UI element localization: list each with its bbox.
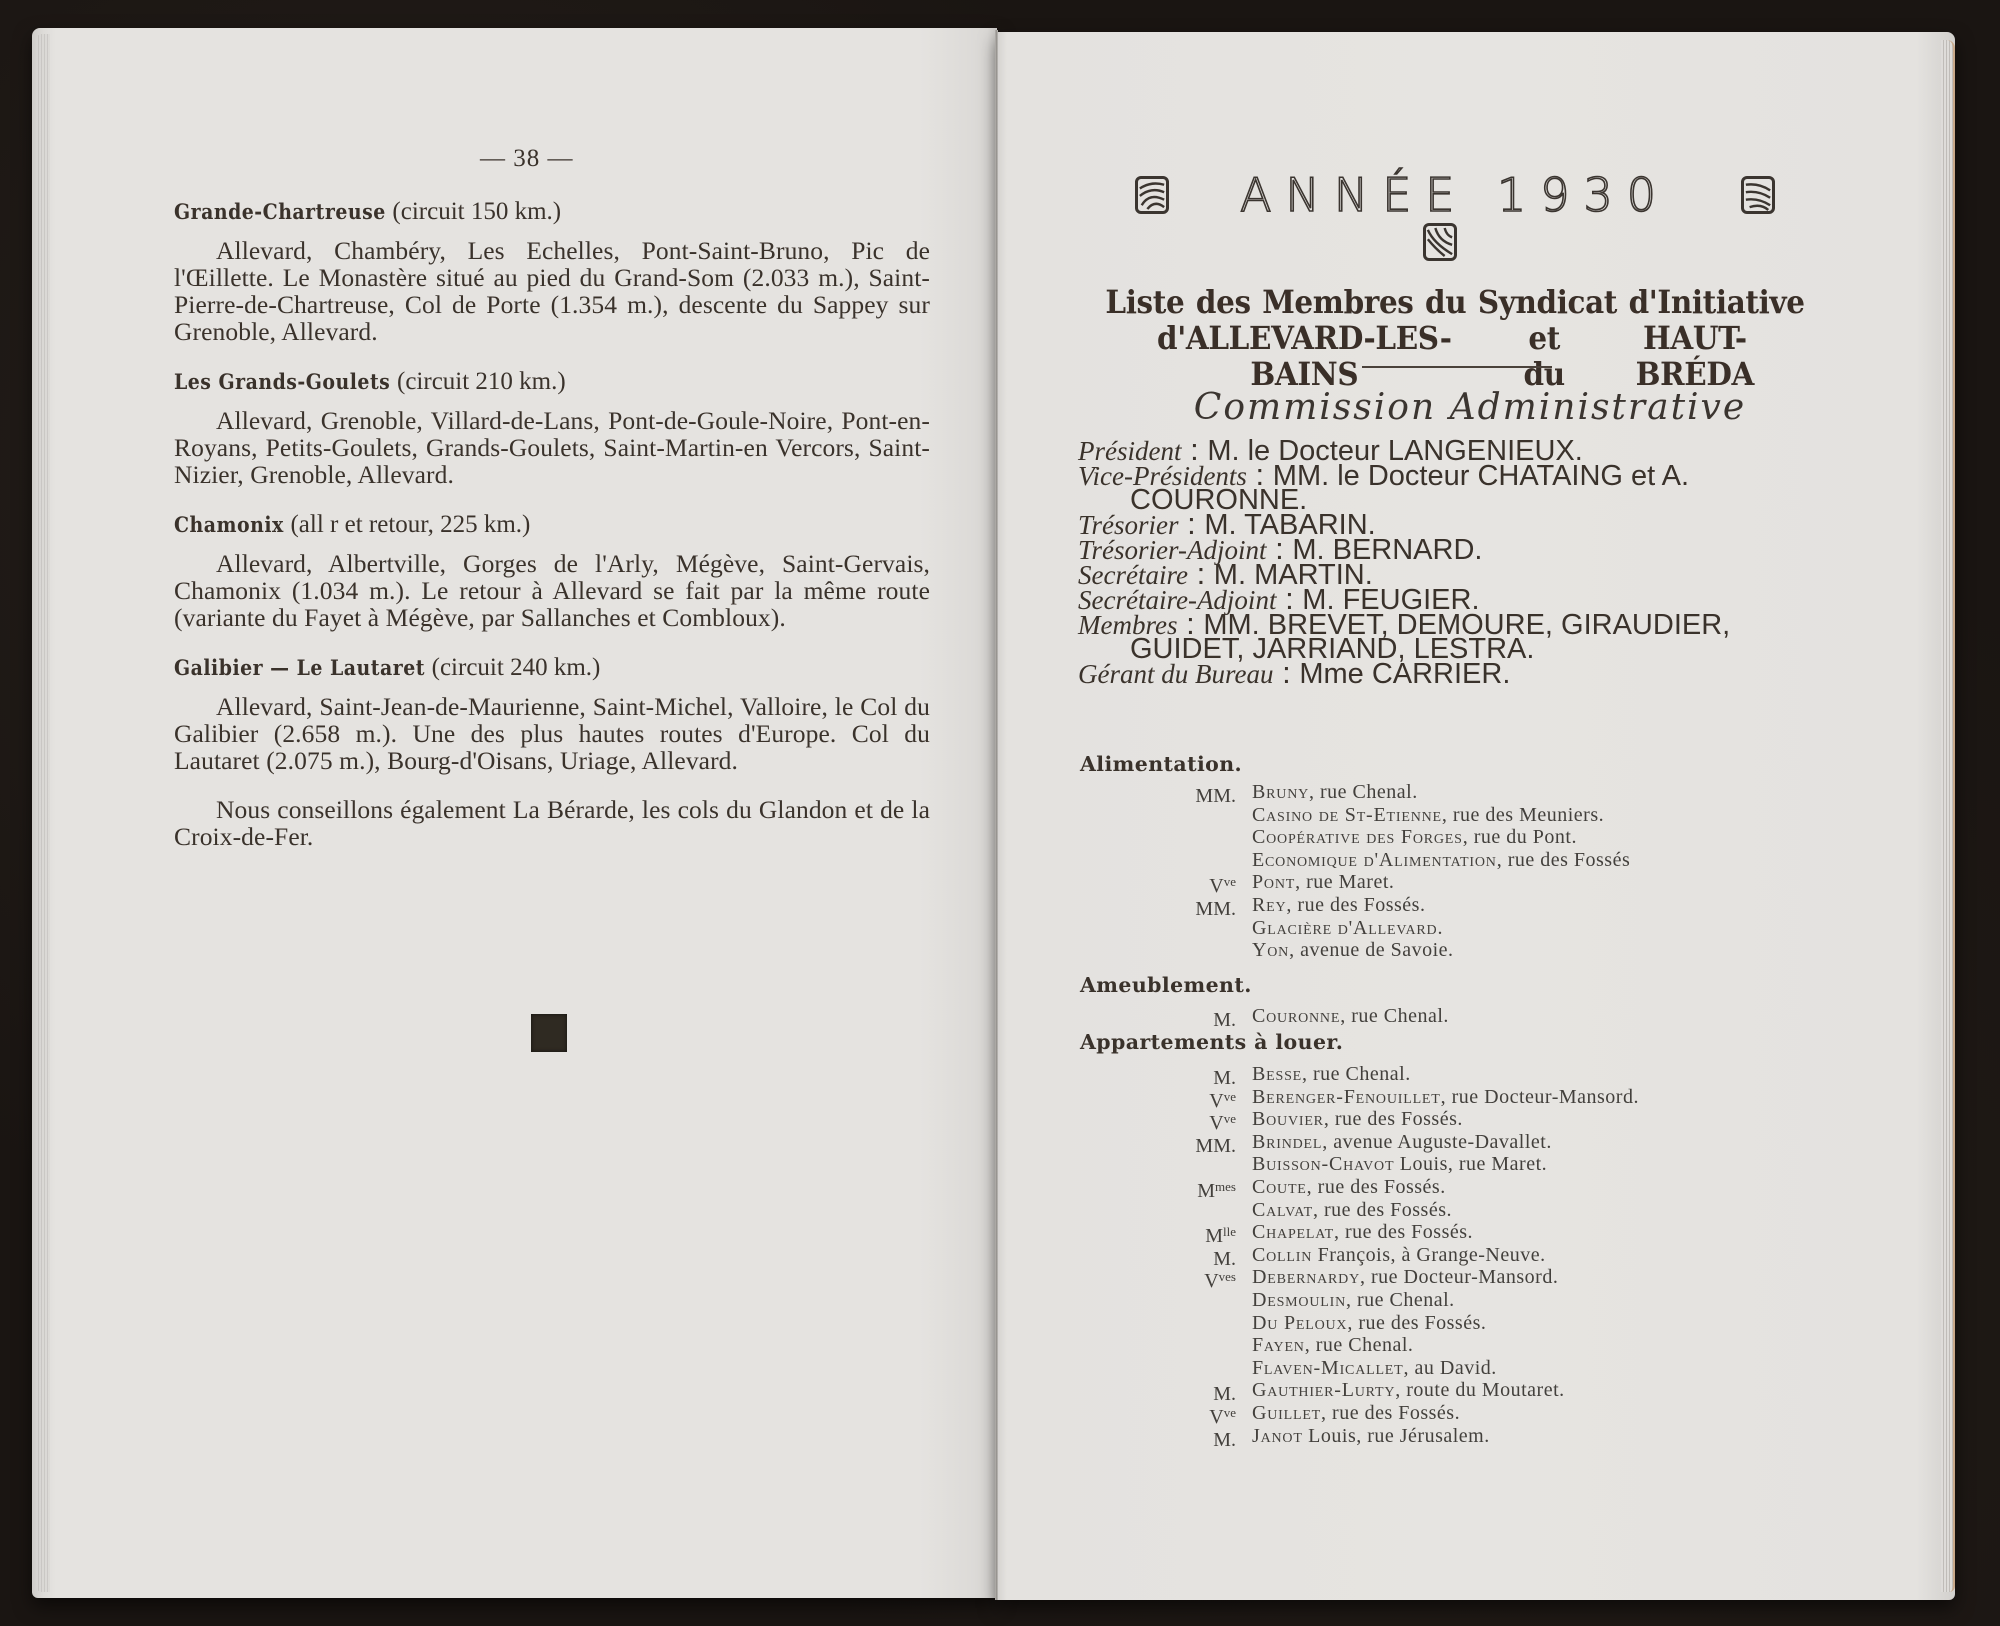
member-entry: Coopérative des Forges, rue du Pont. — [1150, 826, 1850, 849]
member-entry: M.Collin François, à Grange-Neuve. — [1150, 1244, 1850, 1267]
member-address: , rue des Fossés. — [1347, 1312, 1486, 1334]
member-name: Buisson-Chavot — [1252, 1153, 1394, 1175]
title-word: HAUT-BRÉDA — [1585, 320, 1805, 392]
title-word: Syndicat — [1478, 284, 1617, 320]
member-entry: Buisson-Chavot Louis, rue Maret. — [1150, 1153, 1850, 1176]
officer-names: Mme CARRIER. — [1299, 658, 1510, 690]
route-description: Allevard, Albertville, Gorges de l'Arly,… — [174, 550, 930, 631]
civility-title: M. — [1213, 1005, 1236, 1032]
member-address: , rue Docteur-Mansord. — [1360, 1266, 1558, 1288]
member-entry: M.Couronne, rue Chenal. — [1150, 1005, 1850, 1028]
route-grande-chartreuse: Grande-Chartreuse (circuit 150 km.) Alle… — [174, 197, 930, 345]
member-name: Casino de St-Etienne — [1252, 804, 1442, 826]
officer-gerant: Gérant du Bureau : Mme CARRIER. — [1078, 661, 1858, 686]
member-address: , rue Chenal. — [1309, 781, 1418, 803]
member-entry: Fayen, rue Chenal. — [1150, 1334, 1850, 1357]
member-entry: VvePont, rue Maret. — [1150, 871, 1850, 894]
member-address: Louis, rue Maret. — [1394, 1153, 1547, 1175]
officer-names: MM. le Docteur CHATAING et A. — [1273, 460, 1689, 492]
member-entry: VveGuillet, rue des Fossés. — [1150, 1402, 1850, 1425]
title-word: d'Initiative — [1629, 284, 1805, 320]
member-address: , au David. — [1404, 1357, 1497, 1379]
member-name: Economique d'Alimentation — [1252, 849, 1497, 871]
member-entry: M.Besse, rue Chenal. — [1150, 1063, 1850, 1086]
route-distance: (circuit 150 km.) — [392, 198, 561, 225]
route-chamonix: Chamonix (all r et retour, 225 km.) Alle… — [174, 510, 930, 631]
route-name: Chamonix — [174, 512, 284, 537]
member-name: Besse — [1252, 1063, 1302, 1085]
member-entry: MlleChapelat, rue des Fossés. — [1150, 1221, 1850, 1244]
officers-list: Président : M. le Docteur LANGENIEUX. Vi… — [1078, 438, 1858, 686]
member-entry: Flaven-Micallet, au David. — [1150, 1357, 1850, 1380]
year-heading-row: ANNÉE 1930 — [1135, 165, 1775, 225]
route-galibier-lautaret: Galibier — Le Lautaret (circuit 240 km.)… — [174, 653, 930, 774]
member-name: Brindel — [1252, 1131, 1322, 1153]
member-address: , rue Chenal. — [1305, 1334, 1414, 1356]
member-name: Guillet — [1252, 1402, 1321, 1424]
officer-membres: Membres : MM. BREVET, DEMOURE, GIRAUDIER… — [1078, 612, 1858, 661]
member-address: , avenue de Savoie. — [1289, 939, 1453, 961]
officer-vice-presidents: Vice-Présidents : MM. le Docteur CHATAIN… — [1078, 463, 1858, 512]
member-name: Glacière d'Allevard — [1252, 917, 1437, 939]
closing-text: Nous conseillons également La Bérarde, l… — [174, 796, 930, 850]
member-address: , rue des Fossés. — [1313, 1199, 1452, 1221]
member-address: , rue des Fossés. — [1307, 1176, 1446, 1198]
alimentation-entries: MM.Bruny, rue Chenal.Casino de St-Etienn… — [1150, 781, 1850, 962]
member-address: , rue Chenal. — [1346, 1289, 1455, 1311]
member-entry: Casino de St-Etienne, rue des Meuniers. — [1150, 804, 1850, 827]
route-description: Allevard, Saint-Jean-de-Maurienne, Saint… — [174, 693, 930, 774]
member-address: , rue des Meuniers. — [1442, 804, 1604, 826]
member-name: Collin — [1252, 1244, 1312, 1266]
title-word: et du — [1503, 320, 1585, 392]
member-name: Calvat — [1252, 1199, 1313, 1221]
title-word: Liste — [1105, 284, 1184, 320]
member-entry: MM.Bruny, rue Chenal. — [1150, 781, 1850, 804]
leaf-ornament-icon — [1741, 176, 1775, 214]
member-address: , rue Docteur-Mansord. — [1441, 1086, 1639, 1108]
member-entry: M.Gauthier-Lurty, route du Moutaret. — [1150, 1379, 1850, 1402]
member-address: Louis, rue Jérusalem. — [1303, 1425, 1490, 1447]
route-distance: (circuit 210 km.) — [397, 368, 566, 395]
section-heading-appartements: Appartements à louer. — [1080, 1030, 1343, 1054]
member-entry: Economique d'Alimentation, rue des Fossé… — [1150, 849, 1850, 872]
member-address: , avenue Auguste-Davallet. — [1322, 1131, 1552, 1153]
member-entry: MM.Brindel, avenue Auguste-Davallet. — [1150, 1131, 1850, 1154]
member-address: , route du Moutaret. — [1395, 1379, 1564, 1401]
member-name: Rey — [1252, 894, 1286, 916]
member-name: Coopérative des Forges — [1252, 826, 1463, 848]
member-address: , rue des Fossés. — [1324, 1108, 1463, 1130]
member-entry: Glacière d'Allevard. — [1150, 917, 1850, 940]
member-address: , rue du Pont. — [1463, 826, 1577, 848]
leaf-ornament-icon — [1423, 223, 1457, 261]
member-name: Chapelat — [1252, 1221, 1334, 1243]
member-name: Berenger-Fenouillet — [1252, 1086, 1441, 1108]
member-address: , rue des Fossés — [1497, 849, 1631, 871]
member-name: Yon — [1252, 939, 1289, 961]
commission-heading: Commission Administrative — [1075, 387, 1865, 428]
member-address: , rue des Fossés. — [1286, 894, 1425, 916]
route-distance: (circuit 240 km.) — [432, 654, 601, 681]
end-ornament-square-icon — [531, 1014, 567, 1052]
book-gutter — [995, 30, 998, 1600]
member-address: , rue Maret. — [1295, 871, 1394, 893]
member-entry: Du Peloux, rue des Fossés. — [1150, 1312, 1850, 1335]
route-description: Allevard, Grenoble, Villard-de-Lans, Pon… — [174, 407, 930, 488]
member-name: Janot — [1252, 1425, 1303, 1447]
member-name: Flaven-Micallet — [1252, 1357, 1404, 1379]
closing-note: Nous conseillons également La Bérarde, l… — [174, 796, 930, 850]
member-name: Gauthier-Lurty — [1252, 1379, 1395, 1401]
member-address: , rue des Fossés. — [1321, 1402, 1460, 1424]
title-word: d'ALLEVARD-LES-BAINS — [1105, 320, 1503, 392]
member-name: Debernardy — [1252, 1266, 1360, 1288]
title-word: des — [1196, 284, 1251, 320]
member-name: Pont — [1252, 871, 1295, 893]
member-entry: MmesCoute, rue des Fossés. — [1150, 1176, 1850, 1199]
route-name: Galibier — Le Lautaret — [174, 655, 425, 680]
route-distance: (all r et retour, 225 km.) — [290, 511, 530, 538]
leaf-ornament-icon — [1135, 176, 1169, 214]
route-grands-goulets: Les Grands-Goulets (circuit 210 km.) All… — [174, 367, 930, 488]
member-entry: MM.Rey, rue des Fossés. — [1150, 894, 1850, 917]
member-entry: VveBerenger-Fenouillet, rue Docteur-Mans… — [1150, 1086, 1850, 1109]
section-heading-ameublement: Ameublement. — [1080, 973, 1252, 997]
member-entry: Yon, avenue de Savoie. — [1150, 939, 1850, 962]
member-name: Fayen — [1252, 1334, 1305, 1356]
page-number: — 38 — — [480, 145, 574, 173]
title-word: du — [1425, 284, 1466, 320]
section-heading-alimentation: Alimentation. — [1080, 752, 1242, 776]
route-name: Grande-Chartreuse — [174, 199, 386, 224]
member-name: Bouvier — [1252, 1108, 1324, 1130]
title-divider — [1362, 366, 1552, 368]
member-address: . — [1437, 917, 1443, 939]
member-name: Coute — [1252, 1176, 1307, 1198]
appartements-entries: M.Besse, rue Chenal.VveBerenger-Fenouill… — [1150, 1063, 1850, 1447]
members-list-title: Liste des Membres du Syndicat d'Initiati… — [1105, 284, 1804, 392]
route-description: Allevard, Chambéry, Les Echelles, Pont-S… — [174, 237, 930, 345]
member-name: Bruny — [1252, 781, 1309, 803]
officer-role: Gérant du Bureau — [1078, 659, 1273, 689]
route-name: Les Grands-Goulets — [174, 369, 390, 394]
excursion-routes: Grande-Chartreuse (circuit 150 km.) Alle… — [174, 197, 930, 872]
member-entry: M.Janot Louis, rue Jérusalem. — [1150, 1425, 1850, 1448]
member-address: , rue des Fossés. — [1334, 1221, 1473, 1243]
member-entry: Calvat, rue des Fossés. — [1150, 1199, 1850, 1222]
member-address: , rue Chenal. — [1302, 1063, 1411, 1085]
member-entry: VveBouvier, rue des Fossés. — [1150, 1108, 1850, 1131]
member-entry: VvesDebernardy, rue Docteur-Mansord. — [1150, 1266, 1850, 1289]
civility-title: M. — [1213, 1425, 1236, 1452]
ameublement-entries: M.Couronne, rue Chenal. — [1150, 1005, 1850, 1028]
member-address: François, à Grange-Neuve. — [1312, 1244, 1545, 1266]
member-address: , rue Chenal. — [1340, 1005, 1449, 1027]
title-word: Membres — [1262, 284, 1413, 320]
member-name: Desmoulin — [1252, 1289, 1346, 1311]
member-name: Du Peloux — [1252, 1312, 1347, 1334]
member-name: Couronne — [1252, 1005, 1340, 1027]
year-heading: ANNÉE 1930 — [1240, 168, 1670, 222]
member-entry: Desmoulin, rue Chenal. — [1150, 1289, 1850, 1312]
